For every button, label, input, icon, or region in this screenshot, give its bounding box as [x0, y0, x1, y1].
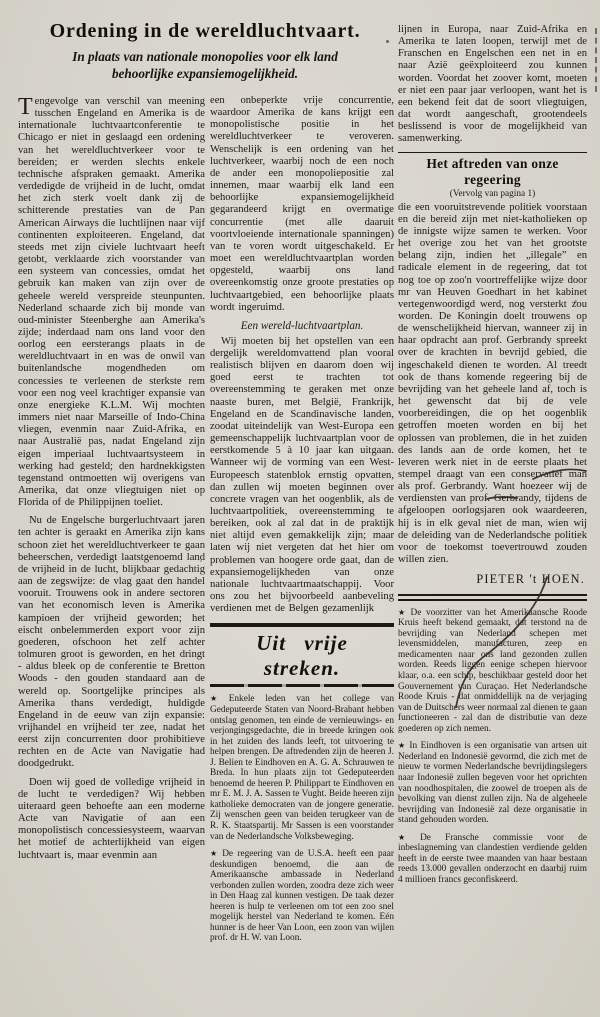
- news-brief: ★In Eindhoven is een organisatie van art…: [398, 741, 587, 825]
- star-icon: ★: [210, 694, 226, 703]
- newspaper-page: Ordening in de wereldluchtvaart. In plaa…: [0, 0, 600, 1017]
- news-brief-text: De regeering van de U.S.A. heeft een paa…: [210, 849, 394, 943]
- article-paragraph: Wij moeten bij het opstellen van een der…: [210, 336, 394, 616]
- star-icon: ★: [398, 833, 417, 842]
- news-brief: ★De regeering van de U.S.A. heeft een pa…: [210, 849, 394, 944]
- author-signature: PIETER 't HOEN.: [398, 572, 585, 587]
- news-brief-text: In Eindhoven is een organisatie van arts…: [398, 741, 587, 825]
- column-3: lijnen in Europa, naar Zuid-Afrika en Am…: [398, 24, 587, 1012]
- column-1: Tengevolge van verschil van meening tuss…: [18, 96, 205, 1002]
- article-paragraph: lijnen in Europa, naar Zuid-Afrika en Am…: [398, 24, 587, 146]
- section-heading-aftreden-regeering: Het aftreden van onze regeering: [398, 156, 587, 188]
- star-icon: ★: [210, 849, 219, 858]
- headline: Ordening in de wereldluchtvaart.: [14, 20, 396, 43]
- news-brief-text: De voorzitter van het Amerikaansche Rood…: [398, 608, 587, 734]
- article-paragraph: een onbeperkte vrije concurrentie, waard…: [210, 95, 394, 314]
- subheadline: In plaats van nationale monopolies voor …: [14, 48, 396, 82]
- lead-article-header: Ordening in de wereldluchtvaart. In plaa…: [14, 20, 396, 82]
- rule-broken: [210, 684, 394, 687]
- article-paragraph: Doen wij goed de volledige vrijheid in d…: [18, 777, 205, 862]
- section-heading-wereldluchtvaartplan: Een wereld-luchtvaartplan.: [210, 320, 394, 332]
- article-paragraph: Nu de Engelsche burgerluchtvaart jaren t…: [18, 515, 205, 770]
- continuation-note: (Vervolg van pagina 1): [398, 189, 587, 199]
- page-edge-marks: [595, 28, 597, 92]
- news-brief-text: Enkele leden van het college van Gedeput…: [210, 694, 394, 841]
- star-icon: ★: [398, 608, 407, 617]
- section-heading-uit-vrije-streken: Uit vrije streken.: [210, 627, 394, 684]
- rule-double: [398, 594, 587, 601]
- news-brief-text: De Fransche commissie voor de inbeslagne…: [398, 833, 587, 885]
- article-paragraph: Tengevolge van verschil van meening tuss…: [18, 96, 205, 509]
- news-brief: ★De voorzitter van het Amerikaansche Roo…: [398, 608, 587, 735]
- paper-speck: [574, 300, 577, 303]
- regional-news-section: Uit vrije streken. ★Enkele leden van het…: [210, 623, 394, 944]
- drop-cap: T: [18, 96, 35, 117]
- paper-speck: [560, 870, 562, 872]
- news-brief: ★Enkele leden van het college van Gedepu…: [210, 694, 394, 842]
- article-paragraph: die een vooruitstrevende politiek voorst…: [398, 202, 587, 567]
- paragraph-text: engevolge van verschil van meening tussc…: [18, 96, 205, 508]
- star-icon: ★: [398, 741, 406, 750]
- news-brief: ★De Fransche commissie voor de inbeslagn…: [398, 833, 587, 886]
- rule-thin: [398, 152, 587, 153]
- paper-speck: [386, 40, 389, 43]
- column-2: een onbeperkte vrije concurrentie, waard…: [210, 95, 394, 1007]
- paper-speck: [200, 560, 202, 562]
